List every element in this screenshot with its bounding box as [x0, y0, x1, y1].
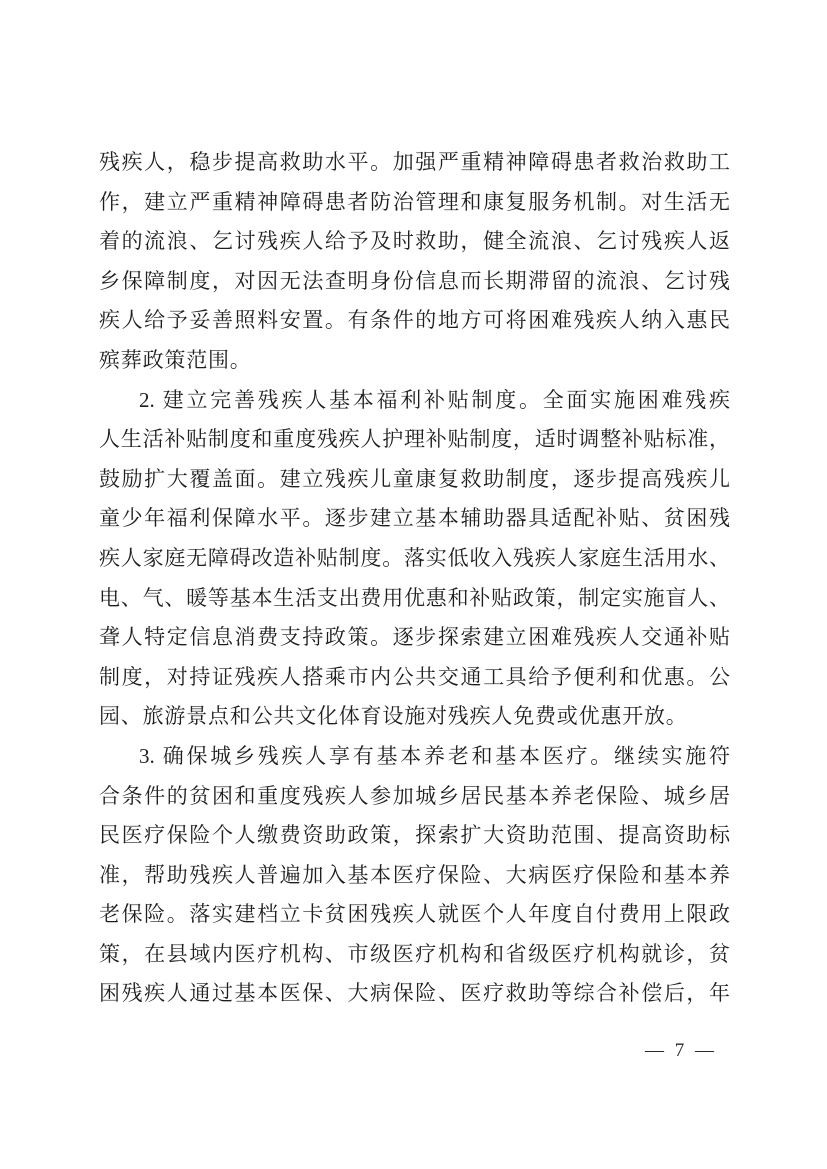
page-number: — 7 —	[645, 1040, 717, 1062]
text-line: 人生活补贴制度和重度残疾人护理补贴制度，适时调整补贴标准，	[99, 420, 730, 460]
text-line: 准，帮助残疾人普遍加入基本医疗保险、大病医疗保险和基本养	[99, 856, 730, 896]
text-line: 殡葬政策范围。	[99, 341, 730, 381]
text-line: 疾人给予妥善照料安置。有条件的地方可将困难残疾人纳入惠民	[99, 301, 730, 341]
text-line: 乡保障制度，对因无法查明身份信息而长期滞留的流浪、乞讨残	[99, 262, 730, 302]
document-page: 残疾人，稳步提高救助水平。加强严重精神障碍患者救治救助工作，建立严重精神障碍患者…	[0, 0, 827, 1169]
text-line: 民医疗保险个人缴费资助政策，探索扩大资助范围、提高资助标	[99, 816, 730, 856]
text-line: 作，建立严重精神障碍患者防治管理和康复服务机制。对生活无	[99, 183, 730, 223]
text-line: 聋人特定信息消费支持政策。逐步探索建立困难残疾人交通补贴	[99, 618, 730, 658]
text-line: 困残疾人通过基本医保、大病保险、医疗救助等综合补偿后，年	[99, 974, 730, 1014]
text-line: 老保险。落实建档立卡贫困残疾人就医个人年度自付费用上限政	[99, 895, 730, 935]
text-line: 园、旅游景点和公共文化体育设施对残疾人免费或优惠开放。	[99, 697, 730, 737]
text-line: 合条件的贫困和重度残疾人参加城乡居民基本养老保险、城乡居	[99, 777, 730, 817]
text-line: 鼓励扩大覆盖面。建立残疾儿童康复救助制度，逐步提高残疾儿	[99, 460, 730, 500]
text-line: 2. 建立完善残疾人基本福利补贴制度。全面实施困难残疾	[99, 381, 730, 421]
text-line: 残疾人，稳步提高救助水平。加强严重精神障碍患者救治救助工	[99, 143, 730, 183]
text-line: 电、气、暖等基本生活支出费用优惠和补贴政策，制定实施盲人、	[99, 579, 730, 619]
document-body: 残疾人，稳步提高救助水平。加强严重精神障碍患者救治救助工作，建立严重精神障碍患者…	[99, 143, 730, 1014]
text-line: 疾人家庭无障碍改造补贴制度。落实低收入残疾人家庭生活用水、	[99, 539, 730, 579]
text-line: 制度，对持证残疾人搭乘市内公共交通工具给予便利和优惠。公	[99, 658, 730, 698]
text-line: 3. 确保城乡残疾人享有基本养老和基本医疗。继续实施符	[99, 737, 730, 777]
text-line: 童少年福利保障水平。逐步建立基本辅助器具适配补贴、贫困残	[99, 499, 730, 539]
text-line: 着的流浪、乞讨残疾人给予及时救助，健全流浪、乞讨残疾人返	[99, 222, 730, 262]
text-line: 策，在县域内医疗机构、市级医疗机构和省级医疗机构就诊，贫	[99, 935, 730, 975]
